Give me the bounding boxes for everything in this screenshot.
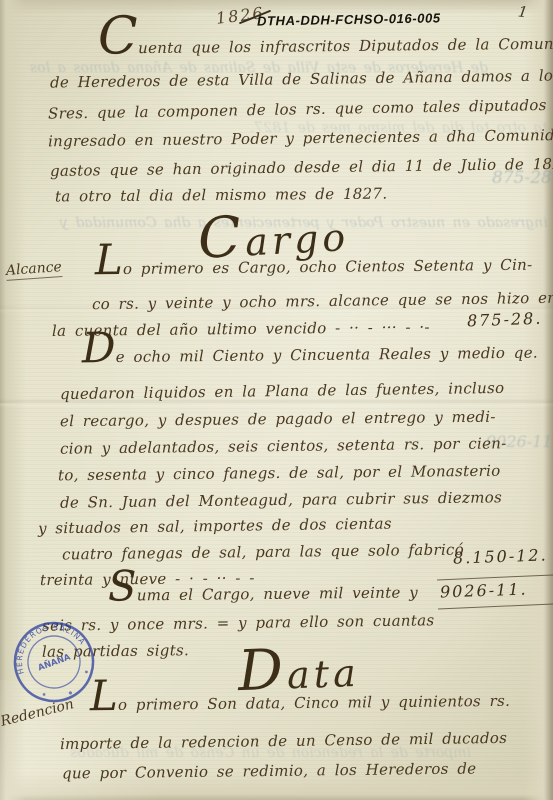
manuscript-page: de Herederos de esta Villa de Salinas de… [0, 0, 553, 800]
amount-value: 9026-11. [440, 581, 528, 600]
manuscript-line: seis rs. y once mrs. = y para ello son c… [42, 611, 435, 635]
manuscript-line: de Herederos de esta Villa de Salinas de… [50, 66, 553, 92]
manuscript-line: ingresado en nuestro Poder y pertenecien… [48, 126, 553, 151]
stamp-dot [85, 670, 89, 674]
margin-note-alcance: Alcance [5, 260, 62, 281]
manuscript-line: Sres. que la componen de los rs. que com… [48, 95, 553, 123]
stamp-center-text: AÑANA [36, 651, 72, 673]
manuscript-line: De ocho mil Ciento y Cincuenta Reales y … [82, 344, 538, 368]
data-heading: Data [237, 640, 360, 700]
sum-rule [438, 603, 553, 609]
manuscript-line: que por Convenio se redimio, a los Hered… [62, 759, 477, 783]
amount-value: 875-28. [467, 311, 543, 330]
archive-code: DTHA-DDH-FCHSO-016-005 [257, 11, 441, 27]
amount-value: 8.150-12. [453, 547, 548, 566]
paper-edge [543, 0, 553, 800]
manuscript-line: el recargo, y despues de pagado el entre… [60, 408, 496, 431]
manuscript-line: cion y adelantados, seis cientos, setent… [60, 434, 507, 458]
manuscript-line: Cuenta que los infrascritos Diputados de… [98, 31, 553, 58]
manuscript-line: y situados en sal, importes de dos cient… [38, 515, 392, 539]
stamp-dot [42, 693, 46, 697]
manuscript-line: Lo primero Son data, Cinco mil y quinien… [90, 692, 510, 715]
manuscript-line: de Sn. Juan del Monteagud, para cubrir s… [60, 488, 502, 512]
stamp-dot [68, 691, 72, 695]
manuscript-line: to, sesenta y cinco fanegs. de sal, por … [58, 462, 501, 485]
manuscript-line: ta otro tal dia del mismo mes de 1827. [55, 185, 388, 207]
manuscript-line: Suma el Cargo, nueve mil veinte y [108, 583, 418, 605]
page-number: 1 [517, 4, 529, 20]
manuscript-line: Lo primero es Cargo, ocho Cientos Setent… [95, 256, 533, 279]
manuscript-line: gastos que se han originado desde el dia… [50, 154, 553, 181]
